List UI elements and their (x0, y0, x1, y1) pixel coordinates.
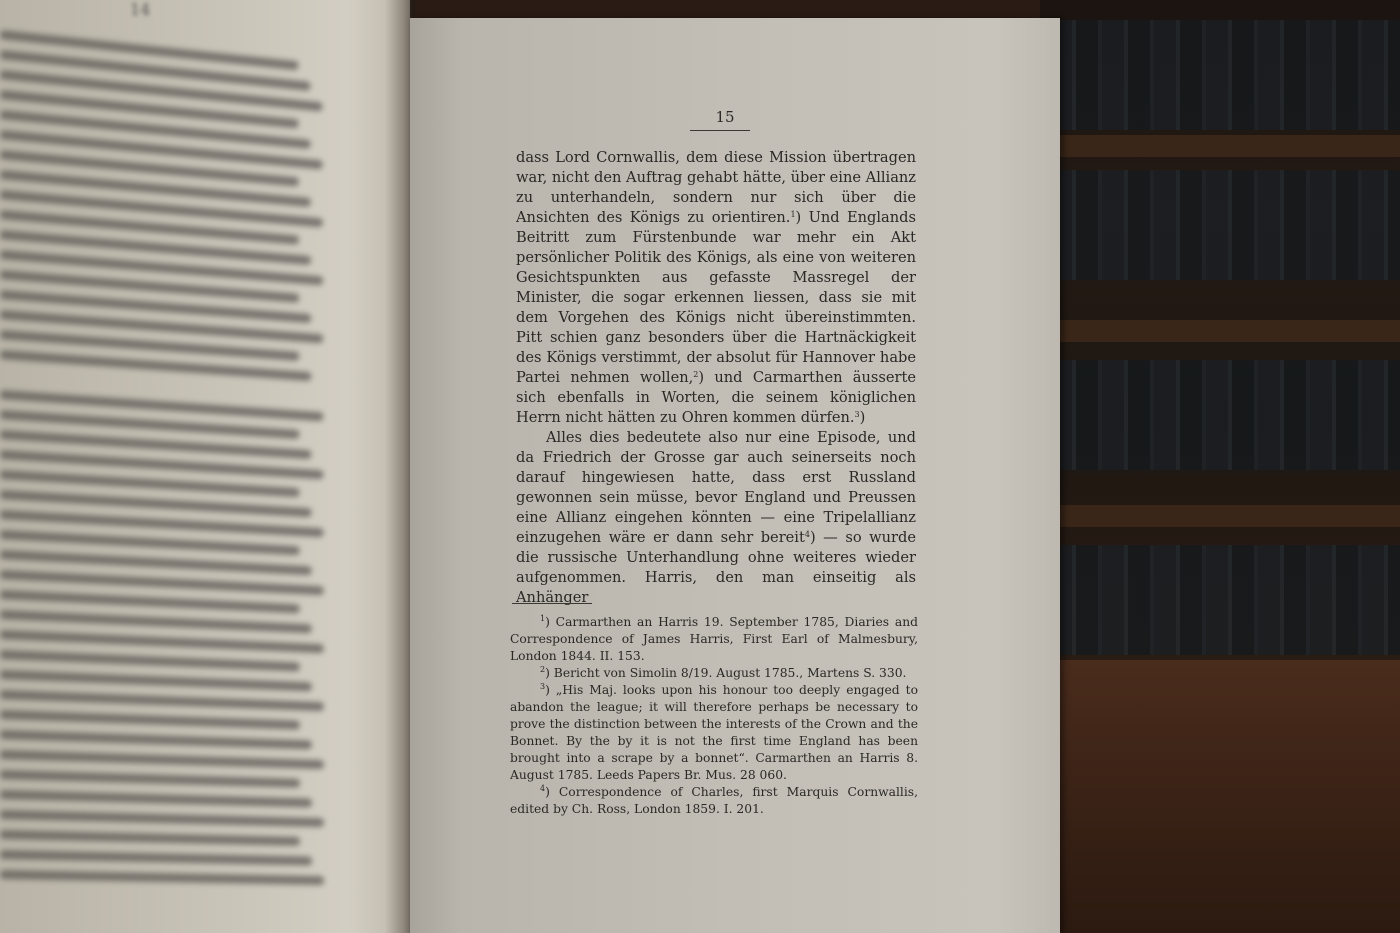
header-rule (690, 130, 750, 131)
book-spines-row (1050, 545, 1400, 655)
paragraph: dass Lord Cornwallis, dem diese Mission … (516, 148, 916, 428)
blurred-text-line (0, 830, 300, 846)
footnote-text: ) Carmarthen an Harris 19. September 178… (510, 615, 918, 663)
footnote-rule (512, 603, 592, 604)
footnote-text: ) Bericht von Simolin 8/19. August 1785.… (545, 666, 906, 680)
book-spines-row (1050, 360, 1400, 470)
shelf-board (1040, 135, 1400, 157)
paragraph-text: ) (860, 409, 866, 426)
book-spines-row (1050, 170, 1400, 280)
shelf-board (1040, 320, 1400, 342)
blurred-text-line (0, 750, 324, 769)
blurred-text-line (0, 870, 324, 885)
blurred-text-line (0, 650, 300, 672)
page-number: 15 (710, 108, 740, 126)
blurred-text-line (0, 710, 300, 730)
blurred-text-line (0, 630, 324, 653)
blurred-text-line (0, 730, 312, 749)
blurred-text-line (0, 690, 324, 711)
footnotes: 1) Carmarthen an Harris 19. September 17… (510, 614, 918, 818)
body-text: dass Lord Cornwallis, dem diese Mission … (516, 148, 916, 608)
book-spines-row (1050, 20, 1400, 130)
footnote-text: ) „His Maj. looks upon his honour too de… (510, 683, 918, 782)
paragraph-text: ) Und Englands Beitritt zum Fürstenbunde… (516, 209, 916, 386)
footnote: 4) Correspondence of Charles, first Marq… (510, 784, 918, 818)
footnote: 3) „His Maj. looks upon his honour too d… (510, 682, 918, 784)
blurred-text-line (0, 30, 299, 70)
blurred-text-line (0, 670, 312, 691)
footnote: 2) Bericht von Simolin 8/19. August 1785… (510, 665, 918, 682)
blurred-text-line (0, 850, 312, 866)
blurred-text-line (0, 770, 300, 788)
paragraph: Alles dies bedeutete also nur eine Episo… (516, 428, 916, 608)
blurred-text-line (0, 790, 312, 807)
blurred-text-line (0, 590, 300, 613)
footnote: 1) Carmarthen an Harris 19. September 17… (510, 614, 918, 665)
right-page: 15 dass Lord Cornwallis, dem diese Missi… (410, 18, 1060, 933)
left-page-number: 14 (130, 0, 150, 19)
footnote-text: ) Correspondence of Charles, first Marqu… (510, 785, 918, 816)
blurred-text-line (0, 610, 312, 633)
shelf-board (1040, 505, 1400, 527)
blurred-text-line (0, 810, 324, 827)
table-surface (1000, 660, 1400, 933)
left-page: 14 (0, 0, 410, 933)
